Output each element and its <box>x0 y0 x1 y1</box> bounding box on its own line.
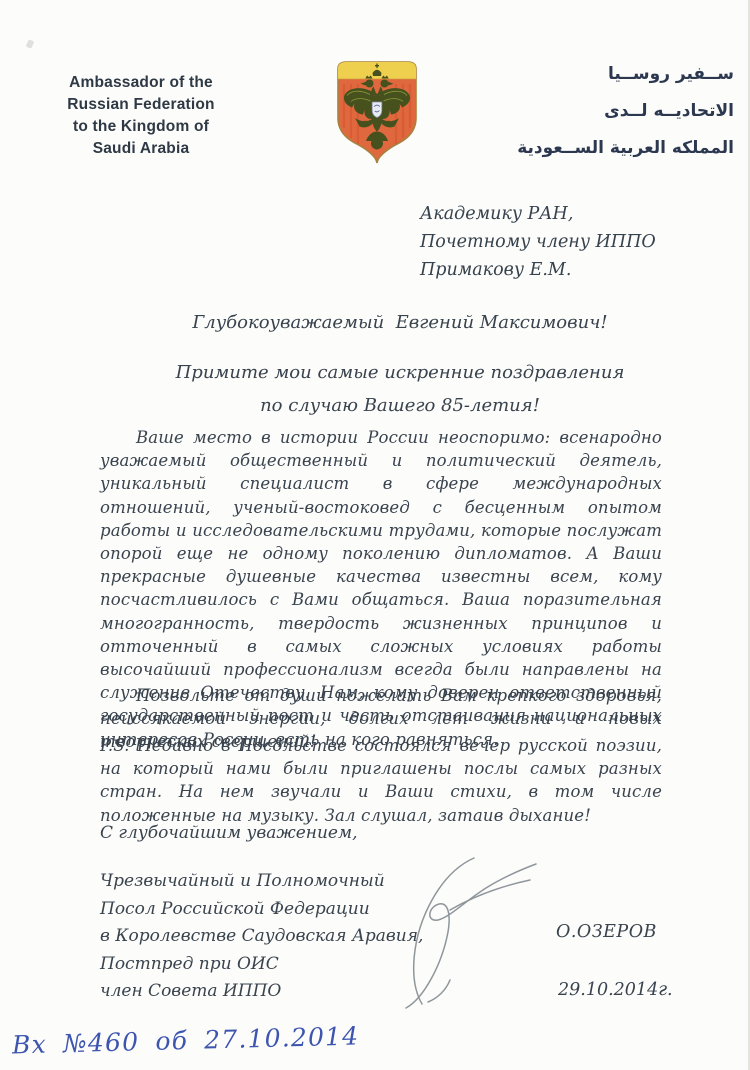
letterhead-arabic-line: المملكه العربية الســعودية <box>444 130 734 167</box>
recipient-block: Академику РАН, Почетному члену ИППО Прим… <box>420 200 656 284</box>
letterhead-english-line: Russian Federation <box>38 94 244 116</box>
signer-title-line: Чрезвычайный и Полномочный <box>100 868 423 896</box>
postscript-paragraph: P.S. Недавно в Посольстве состоялся вече… <box>100 734 662 827</box>
letterhead-arabic-line: ســفير روســيا <box>444 56 734 93</box>
recipient-line: Почетному члену ИППО <box>420 228 656 256</box>
closing-line: С глубочайшим уважением, <box>100 823 358 843</box>
congratulation-line: Примите мои самые искренние поздравления <box>95 356 705 389</box>
letterhead-arabic-line: الاتحاديــه لــدى <box>444 93 734 130</box>
letterhead-english-line: to the Kingdom of <box>38 116 244 138</box>
signature-date: 29.10.2014г. <box>558 980 673 1000</box>
signer-title-line: Постпред при ОИС <box>100 951 423 979</box>
recipient-line: Академику РАН, <box>420 200 656 228</box>
congratulation: Примите мои самые искренние поздравления… <box>95 356 705 422</box>
letterhead-english-line: Ambassador of the <box>38 72 244 94</box>
scan-smudge <box>26 39 35 49</box>
handwritten-signature-icon <box>398 852 553 1012</box>
letterhead-arabic: ســفير روســيا الاتحاديــه لــدى المملكه… <box>444 56 734 167</box>
signer-title-line: в Королевстве Саудовская Аравия, <box>100 923 423 951</box>
letterhead-english: Ambassador of the Russian Federation to … <box>38 72 244 160</box>
congratulation-line: по случаю Вашего 85-летия! <box>95 389 705 422</box>
signer-title-line: член Совета ИППО <box>100 978 423 1006</box>
salutation: Глубокоуважаемый Евгений Максимович! <box>95 312 705 333</box>
signer-name: О.ОЗЕРОВ <box>556 922 657 942</box>
letterhead-english-line: Saudi Arabia <box>38 138 244 160</box>
recipient-line: Примакову Е.М. <box>420 256 656 284</box>
registration-note-handwritten: Вх №460 об 27.10.2014 <box>12 1021 360 1059</box>
signer-title-line: Посол Российской Федерации <box>100 896 423 924</box>
russian-coat-of-arms-icon <box>336 60 418 166</box>
scanned-letter-page: Ambassador of the Russian Federation to … <box>0 0 750 1070</box>
signer-title-block: Чрезвычайный и Полномочный Посол Российс… <box>100 868 423 1006</box>
